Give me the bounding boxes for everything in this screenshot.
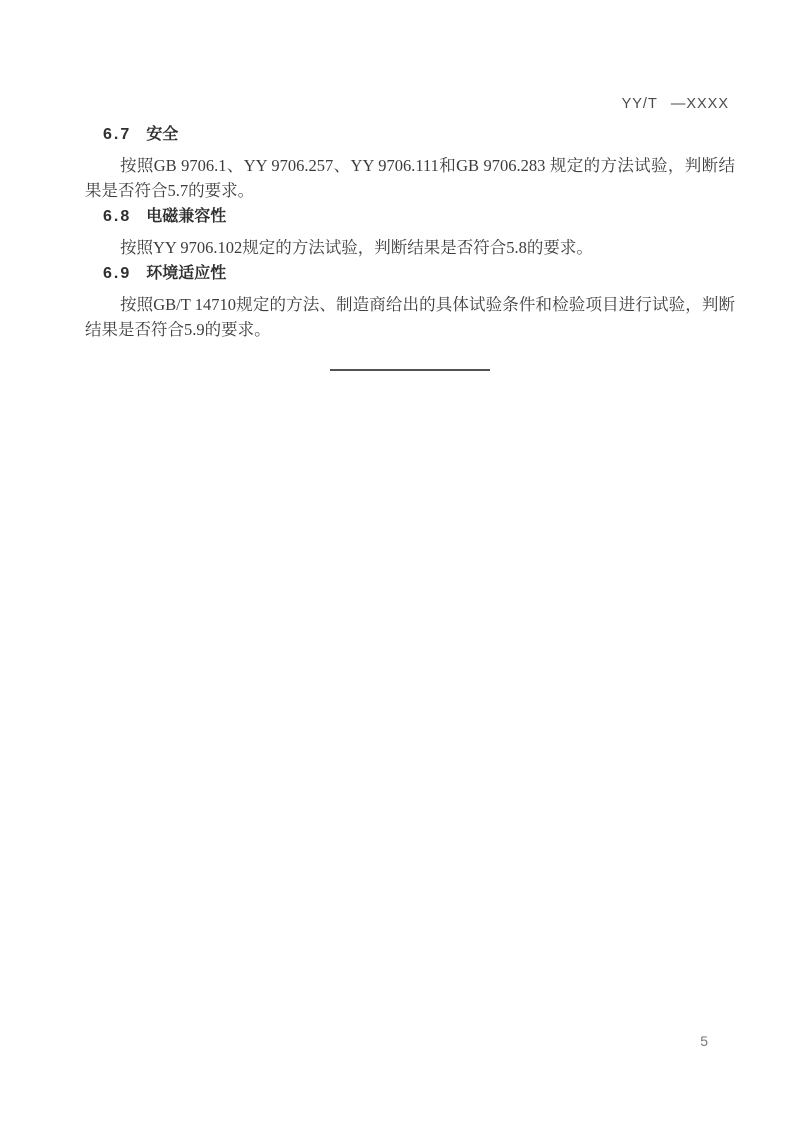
section-heading: 6.7安全 (103, 126, 735, 144)
standard-code-prefix: YY/T (622, 96, 658, 112)
section-title: 安全 (146, 126, 178, 143)
page-number: 5 (700, 1033, 708, 1049)
document-end-rule (330, 369, 490, 371)
section-6-9: 6.9环境适应性 按照GB/T 14710规定的方法、制造商给出的具体试验条件和… (85, 265, 735, 342)
section-heading: 6.9环境适应性 (103, 265, 735, 283)
section-paragraph: 按照YY 9706.102规定的方法试验，判断结果是否符合5.8的要求。 (85, 235, 735, 260)
section-title: 环境适应性 (146, 265, 226, 282)
section-number: 6.7 (103, 126, 131, 143)
document-body: 6.7安全 按照GB 9706.1、YY 9706.257、YY 9706.11… (85, 126, 735, 371)
section-number: 6.9 (103, 265, 131, 282)
standard-code-suffix: —XXXX (671, 96, 729, 112)
section-title: 电磁兼容性 (146, 208, 226, 225)
section-6-7: 6.7安全 按照GB 9706.1、YY 9706.257、YY 9706.11… (85, 126, 735, 203)
section-paragraph: 按照GB/T 14710规定的方法、制造商给出的具体试验条件和检验项目进行试验，… (85, 292, 735, 342)
section-6-8: 6.8电磁兼容性 按照YY 9706.102规定的方法试验，判断结果是否符合5.… (85, 208, 735, 260)
standard-code-header: YY/T—XXXX (622, 96, 729, 112)
section-paragraph: 按照GB 9706.1、YY 9706.257、YY 9706.111和GB 9… (85, 153, 735, 203)
document-page: YY/T—XXXX 6.7安全 按照GB 9706.1、YY 9706.257、… (0, 0, 800, 1131)
section-number: 6.8 (103, 208, 131, 225)
section-heading: 6.8电磁兼容性 (103, 208, 735, 226)
